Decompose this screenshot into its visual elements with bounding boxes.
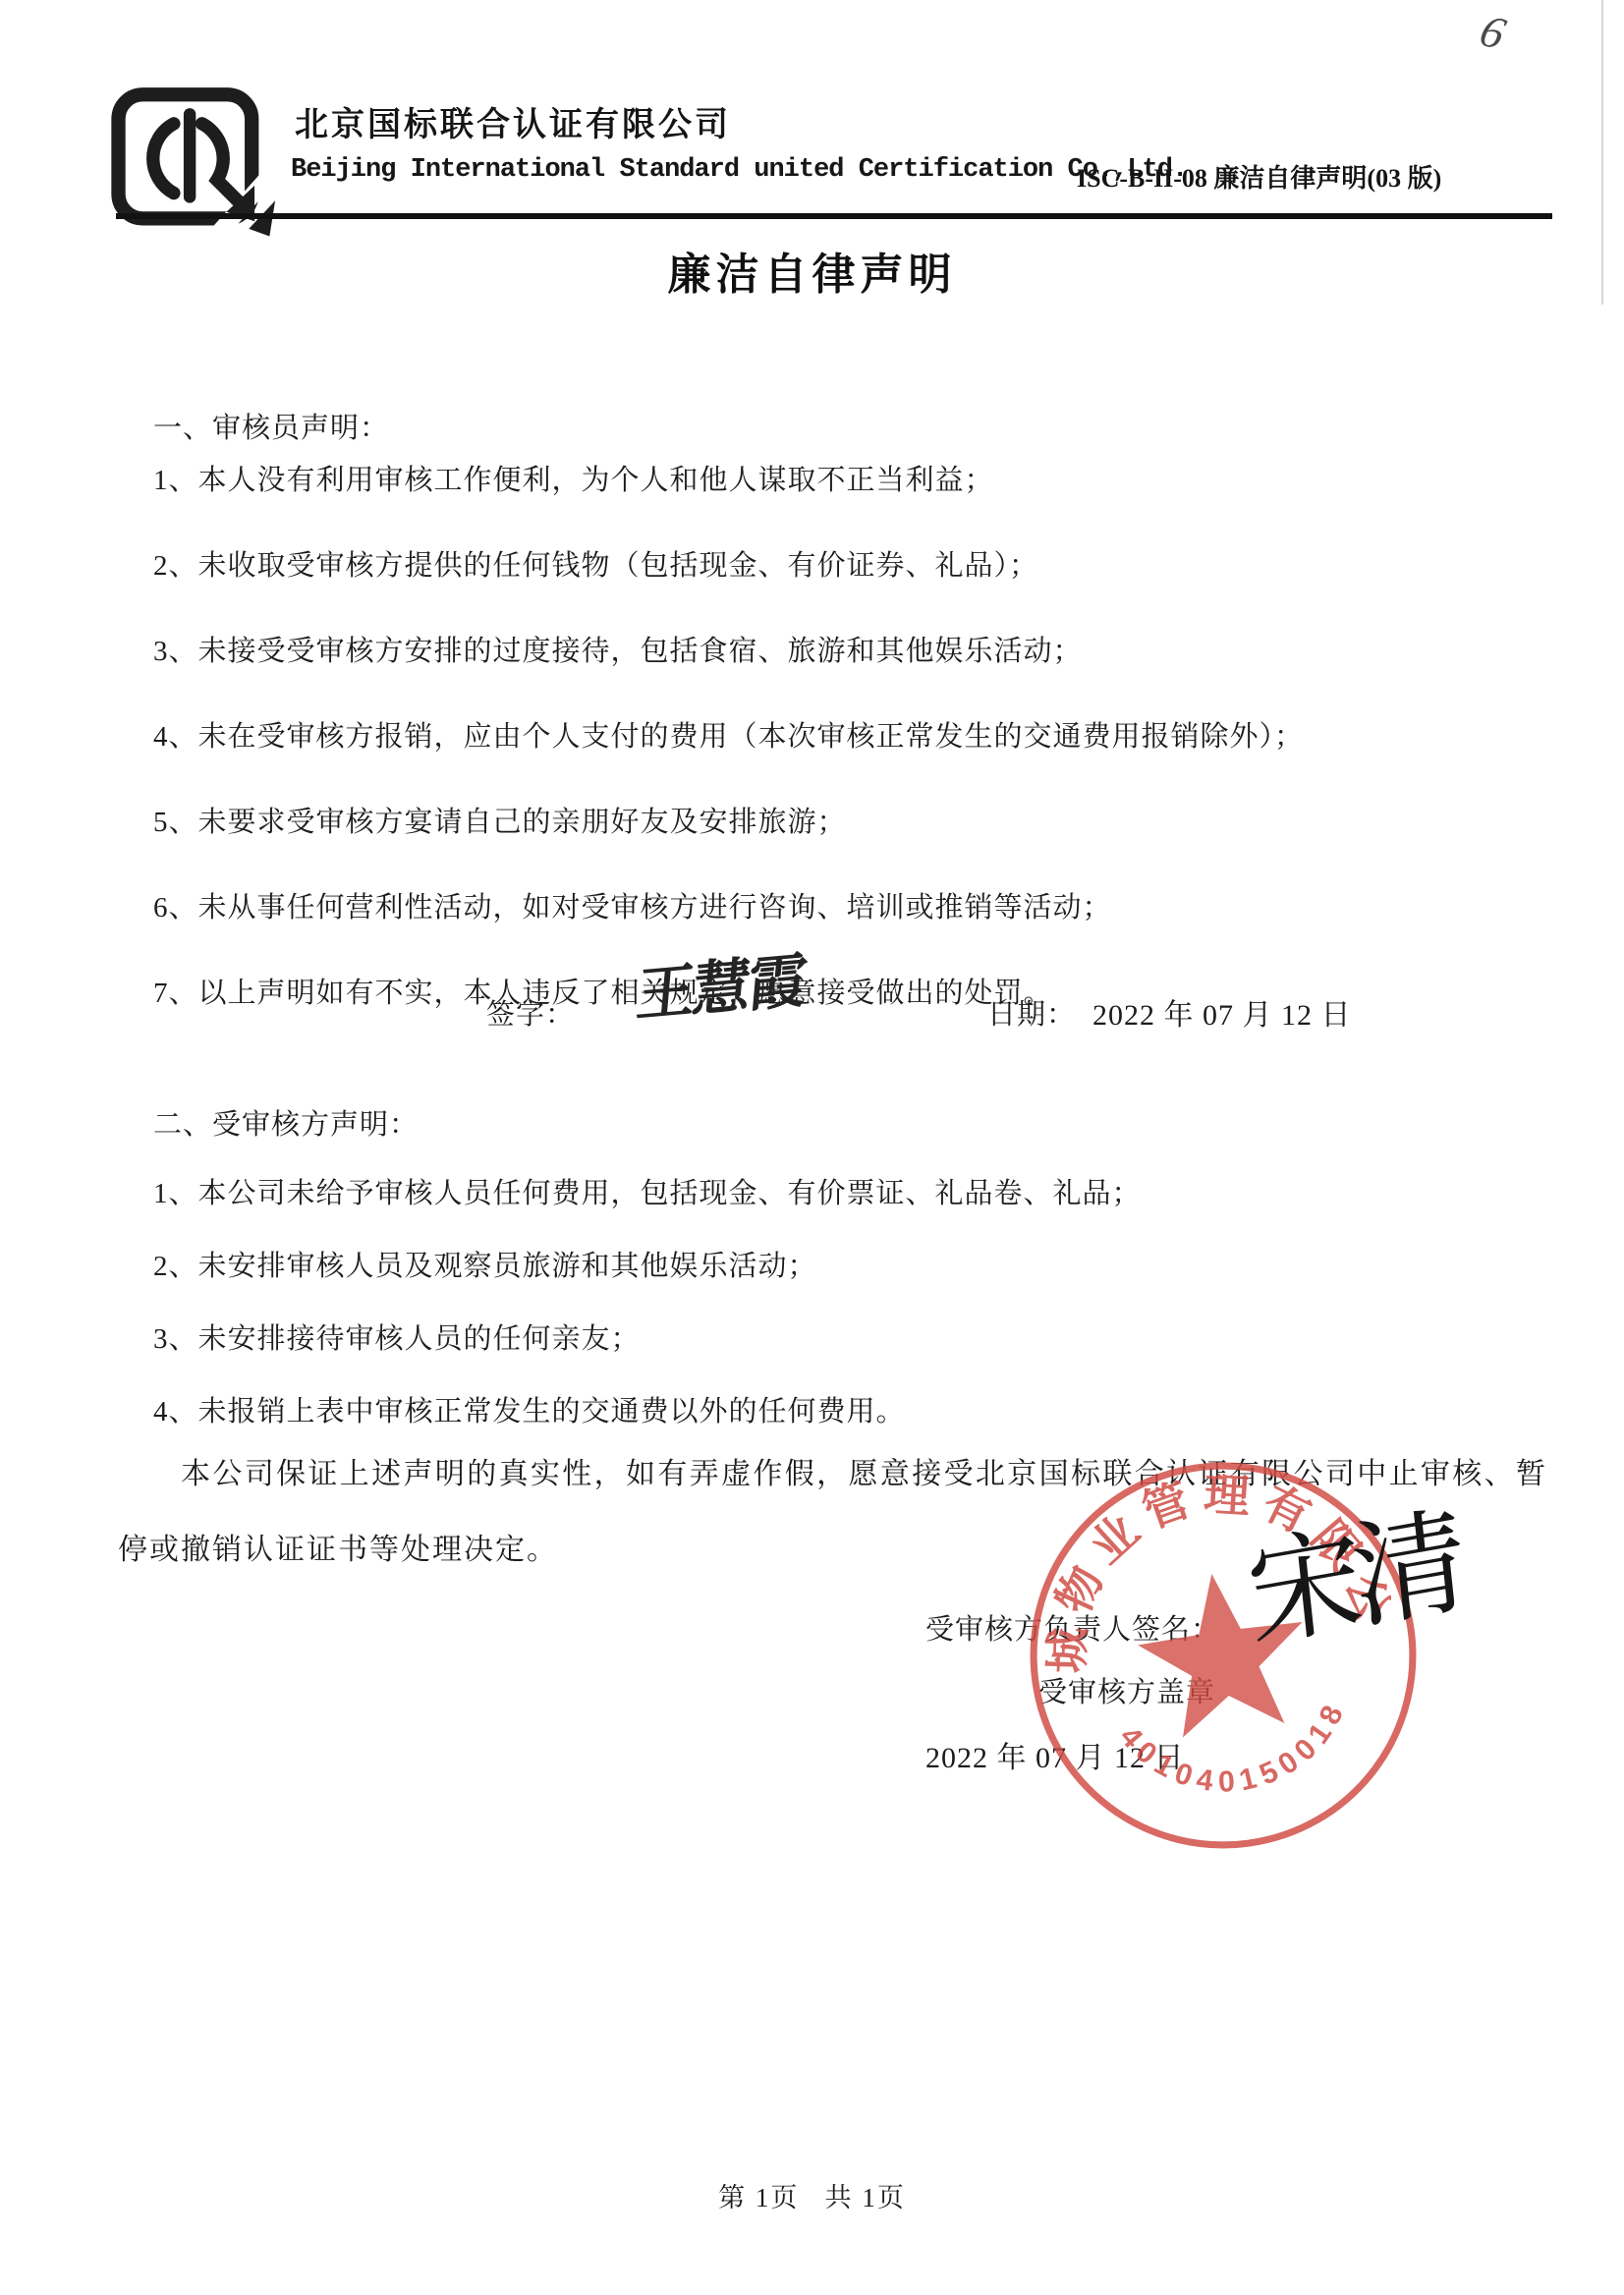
company-name-en: Beijing International Standard united Ce…	[291, 155, 1187, 185]
statement-item: 5、未要求受审核方宴请自己的亲朋好友及安排旅游；	[153, 802, 1555, 843]
auditee-section-heading: 二、受审核方声明：	[153, 1102, 419, 1143]
statement-item: 4、未在受审核方报销，应由个人支付的费用（本次审核正常发生的交通费用报销除外）；	[153, 716, 1555, 757]
auditee-statement-list: 1、本公司未给予审核人员任何费用，包括现金、有价票证、礼品卷、礼品；2、未安排审…	[153, 1173, 1555, 1464]
statement-item: 2、未安排审核人员及观察员旅游和其他娱乐活动；	[153, 1246, 1555, 1287]
page-footer: 第 1页 共 1页	[0, 2176, 1624, 2214]
header-divider	[116, 213, 1552, 219]
statement-item: 1、本人没有利用审核工作便利，为个人和他人谋取不正当利益；	[153, 460, 1555, 501]
page-title: 廉洁自律声明	[0, 239, 1624, 302]
handwritten-page-number: 6	[1474, 5, 1512, 59]
statement-item: 3、未安排接待审核人员的任何亲友；	[153, 1318, 1555, 1360]
auditor-statement-list: 1、本人没有利用审核工作便利，为个人和他人谋取不正当利益；2、未收取受审核方提供…	[153, 460, 1555, 1058]
document-code: ISC-B-II-08 廉洁自律声明(03 版)	[1077, 158, 1441, 195]
stamp-serial-number: 401040150018	[1111, 1691, 1364, 1815]
statement-item: 1、本公司未给予审核人员任何费用，包括现金、有价票证、礼品卷、礼品；	[153, 1173, 1555, 1214]
auditor-sign-date: 2022 年 07 月 12 日	[1092, 990, 1352, 1034]
statement-item: 2、未收取受审核方提供的任何钱物（包括现金、有价证券、礼品）；	[153, 545, 1555, 587]
scanned-document-page: 6 北京国标联合认证有限公司 Beijing International Sta…	[0, 0, 1624, 2295]
auditee-leader-handwritten-signature: 宋清	[1239, 1468, 1466, 1671]
sign-label: 签字：	[486, 992, 575, 1033]
date-label: 日期：	[987, 992, 1076, 1033]
auditor-section-heading: 一、审核员声明：	[153, 406, 389, 446]
statement-item: 3、未接受受审核方安排的过度接待，包括食宿、旅游和其他娱乐活动；	[153, 631, 1555, 672]
statement-item: 4、未报销上表中审核正常发生的交通费以外的任何费用。	[153, 1391, 1555, 1432]
svg-text:401040150018: 401040150018	[1111, 1691, 1364, 1815]
auditor-handwritten-signature: 王慧霞	[634, 933, 809, 1034]
company-name-cn: 北京国标联合认证有限公司	[295, 97, 731, 145]
statement-item: 6、未从事任何营利性活动，如对受审核方进行咨询、培训或推销等活动；	[153, 887, 1555, 928]
